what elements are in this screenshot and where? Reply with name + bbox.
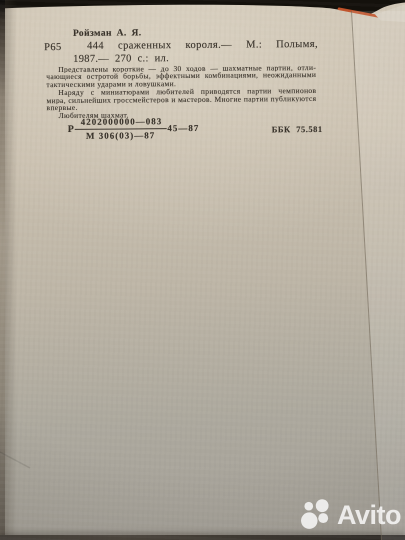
catalog-index-block: Р 4202000000—083 М 306(03)—87 45—87: [68, 116, 200, 141]
catalog-numerator: 4202000000—083: [75, 116, 167, 129]
catalog-prefix: Р: [68, 123, 74, 134]
catalog-fraction: 4202000000—083 М 306(03)—87: [75, 116, 167, 141]
title-line-1: 444 сраженных короля.— М.: Полымя,: [87, 39, 318, 52]
annotation-paragraphs: Представлены короткие — до 30 ходов — ша…: [46, 63, 316, 120]
printed-text-block: Ройзман А. Я. Р65 444 сраженных короля.—…: [0, 0, 405, 540]
catalog-denominator: М 306(03)—87: [75, 129, 167, 141]
author-line: Ройзман А. Я.: [73, 28, 142, 39]
bbk-code: ББК 75.581: [272, 124, 323, 134]
catalog-suffix: 45—87: [167, 123, 199, 133]
avito-label: Avito: [337, 502, 401, 529]
avito-watermark: Avito: [300, 499, 401, 532]
title-line-2: 1987.— 270 с.: ил.: [73, 53, 169, 65]
library-index-code: Р65: [44, 41, 62, 52]
book-imprint-page-photo: Ройзман А. Я. Р65 444 сраженных короля.—…: [0, 0, 405, 540]
avito-logo-icon: [300, 499, 333, 532]
